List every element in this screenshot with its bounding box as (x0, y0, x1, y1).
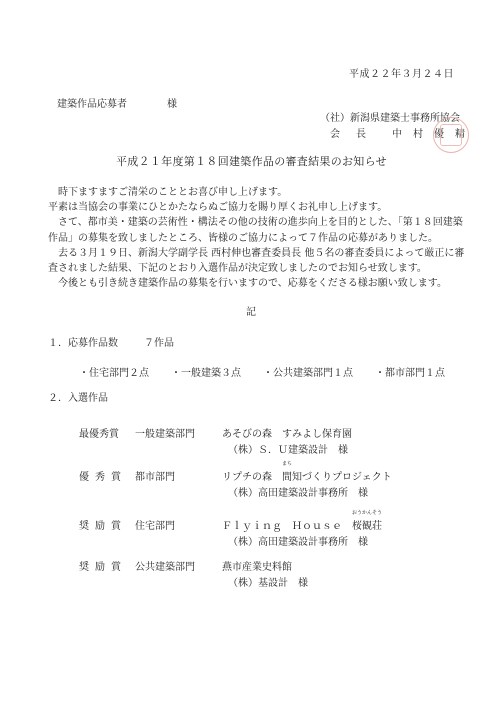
award-work-prefix: Ｆｌｙｉｎｇ Ｈｏｕｓｅ (222, 521, 352, 532)
award-firm: （株）基設計 様 (228, 574, 308, 589)
category-item: ・住宅部門２点 (79, 368, 149, 379)
ruby-reading: おうかんそう (352, 509, 382, 516)
category-item: ・公共建築部門１点 (263, 368, 353, 379)
seal-stamp-icon (433, 117, 469, 153)
body-paragraphs: 時下ますますご清栄のこととお喜び申し上げます。 平素は当協会の事業にひとかたなら… (48, 185, 468, 291)
ruby-word: まち間 (282, 468, 292, 483)
body-line: 去る３月１９日、新潟大学副学長 西村伸也審査委員長 他５名の審査委員によって厳正… (48, 246, 468, 261)
document-date: 平成２２年３月２４日 (349, 65, 454, 80)
ki-heading: 記 (246, 303, 256, 318)
section-heading: ２．入選作品 (48, 389, 108, 404)
award-work: 燕市産業史料館 (222, 558, 292, 573)
body-line: 平素は当協会の事業にひとかたならぬご協力を賜り厚くお礼申し上げます。 (48, 200, 468, 215)
section-heading: １．応募作品数 (48, 338, 118, 349)
ruby-reading: まち (282, 460, 292, 467)
award-prize: 優秀賞 (79, 468, 127, 483)
body-line: 査されました結果、下記のとおり入選作品が決定致しましたのでお知らせ致します。 (48, 261, 468, 276)
award-firm: （株）高田建築設計事務所 様 (228, 533, 368, 548)
award-entry: 奨励賞 公共建築部門 燕市産業史料館 （株）基設計 様 (0, 558, 500, 592)
category-item: ・都市部門１点 (375, 368, 445, 379)
body-line: さて、都市美・建築の芸術性・構法その他の技術の進歩向上を目的とした、「第１８回建… (48, 215, 468, 230)
ruby-base: 間 (282, 472, 292, 483)
addressee: 建築作品応募者様 (57, 95, 177, 110)
award-prize: 奨励賞 (79, 558, 127, 573)
award-entry: 最優秀賞 一般建築部門 あそびの森 すみよし保育園 （株）Ｓ．Ｕ建築設計 様 (0, 425, 500, 459)
award-entry: 奨励賞 住宅部門 Ｆｌｙｉｎｇ Ｈｏｕｓｅ おうかんそう桜観荘 （株）高田建築設… (0, 517, 500, 551)
ruby-word: おうかんそう桜観荘 (352, 517, 382, 532)
award-prize: 奨励賞 (79, 517, 127, 532)
award-work-suffix: 知づくりプロジェクト (292, 472, 392, 483)
award-work: リプチの森 まち間知づくりプロジェクト (222, 468, 392, 483)
ruby-base: 桜観荘 (352, 521, 382, 532)
award-department: 住宅部門 (135, 517, 175, 532)
category-item: ・一般建築３点 (171, 368, 241, 379)
award-firm: （株）高田建築設計事務所 様 (228, 484, 368, 499)
entry-count: ７作品 (144, 338, 174, 349)
sender-role: 会長 (330, 125, 382, 140)
body-line: 時下ますますご清栄のこととお喜び申し上げます。 (48, 185, 468, 200)
section-entries: １．応募作品数７作品 (48, 334, 174, 349)
addressee-name: 建築作品応募者 (57, 99, 127, 110)
award-work-prefix: リプチの森 (222, 472, 282, 483)
award-department: 一般建築部門 (135, 425, 195, 440)
award-firm: （株）Ｓ．Ｕ建築設計 様 (228, 441, 348, 456)
body-line: 作品」の募集を致しましたところ、皆様のご協力によって７作品の応募がありました。 (48, 231, 468, 246)
body-line: 今後とも引き続き建築作品の募集を行いますので、応募をくださる様お願い致します。 (48, 276, 468, 291)
document-title: 平成２１年度第１８回建築作品の審査結果のお知らせ (116, 153, 387, 169)
award-work: Ｆｌｙｉｎｇ Ｈｏｕｓｅ おうかんそう桜観荘 (222, 517, 382, 532)
award-department: 都市部門 (135, 468, 175, 483)
addressee-honorific: 様 (167, 99, 177, 110)
award-work: あそびの森 すみよし保育園 (222, 425, 352, 440)
award-department: 公共建築部門 (135, 558, 195, 573)
award-entry: 優秀賞 都市部門 リプチの森 まち間知づくりプロジェクト （株）高田建築設計事務… (0, 468, 500, 502)
award-prize: 最優秀賞 (79, 425, 119, 440)
category-list: ・住宅部門２点・一般建築３点・公共建築部門１点・都市部門１点 (79, 364, 467, 379)
